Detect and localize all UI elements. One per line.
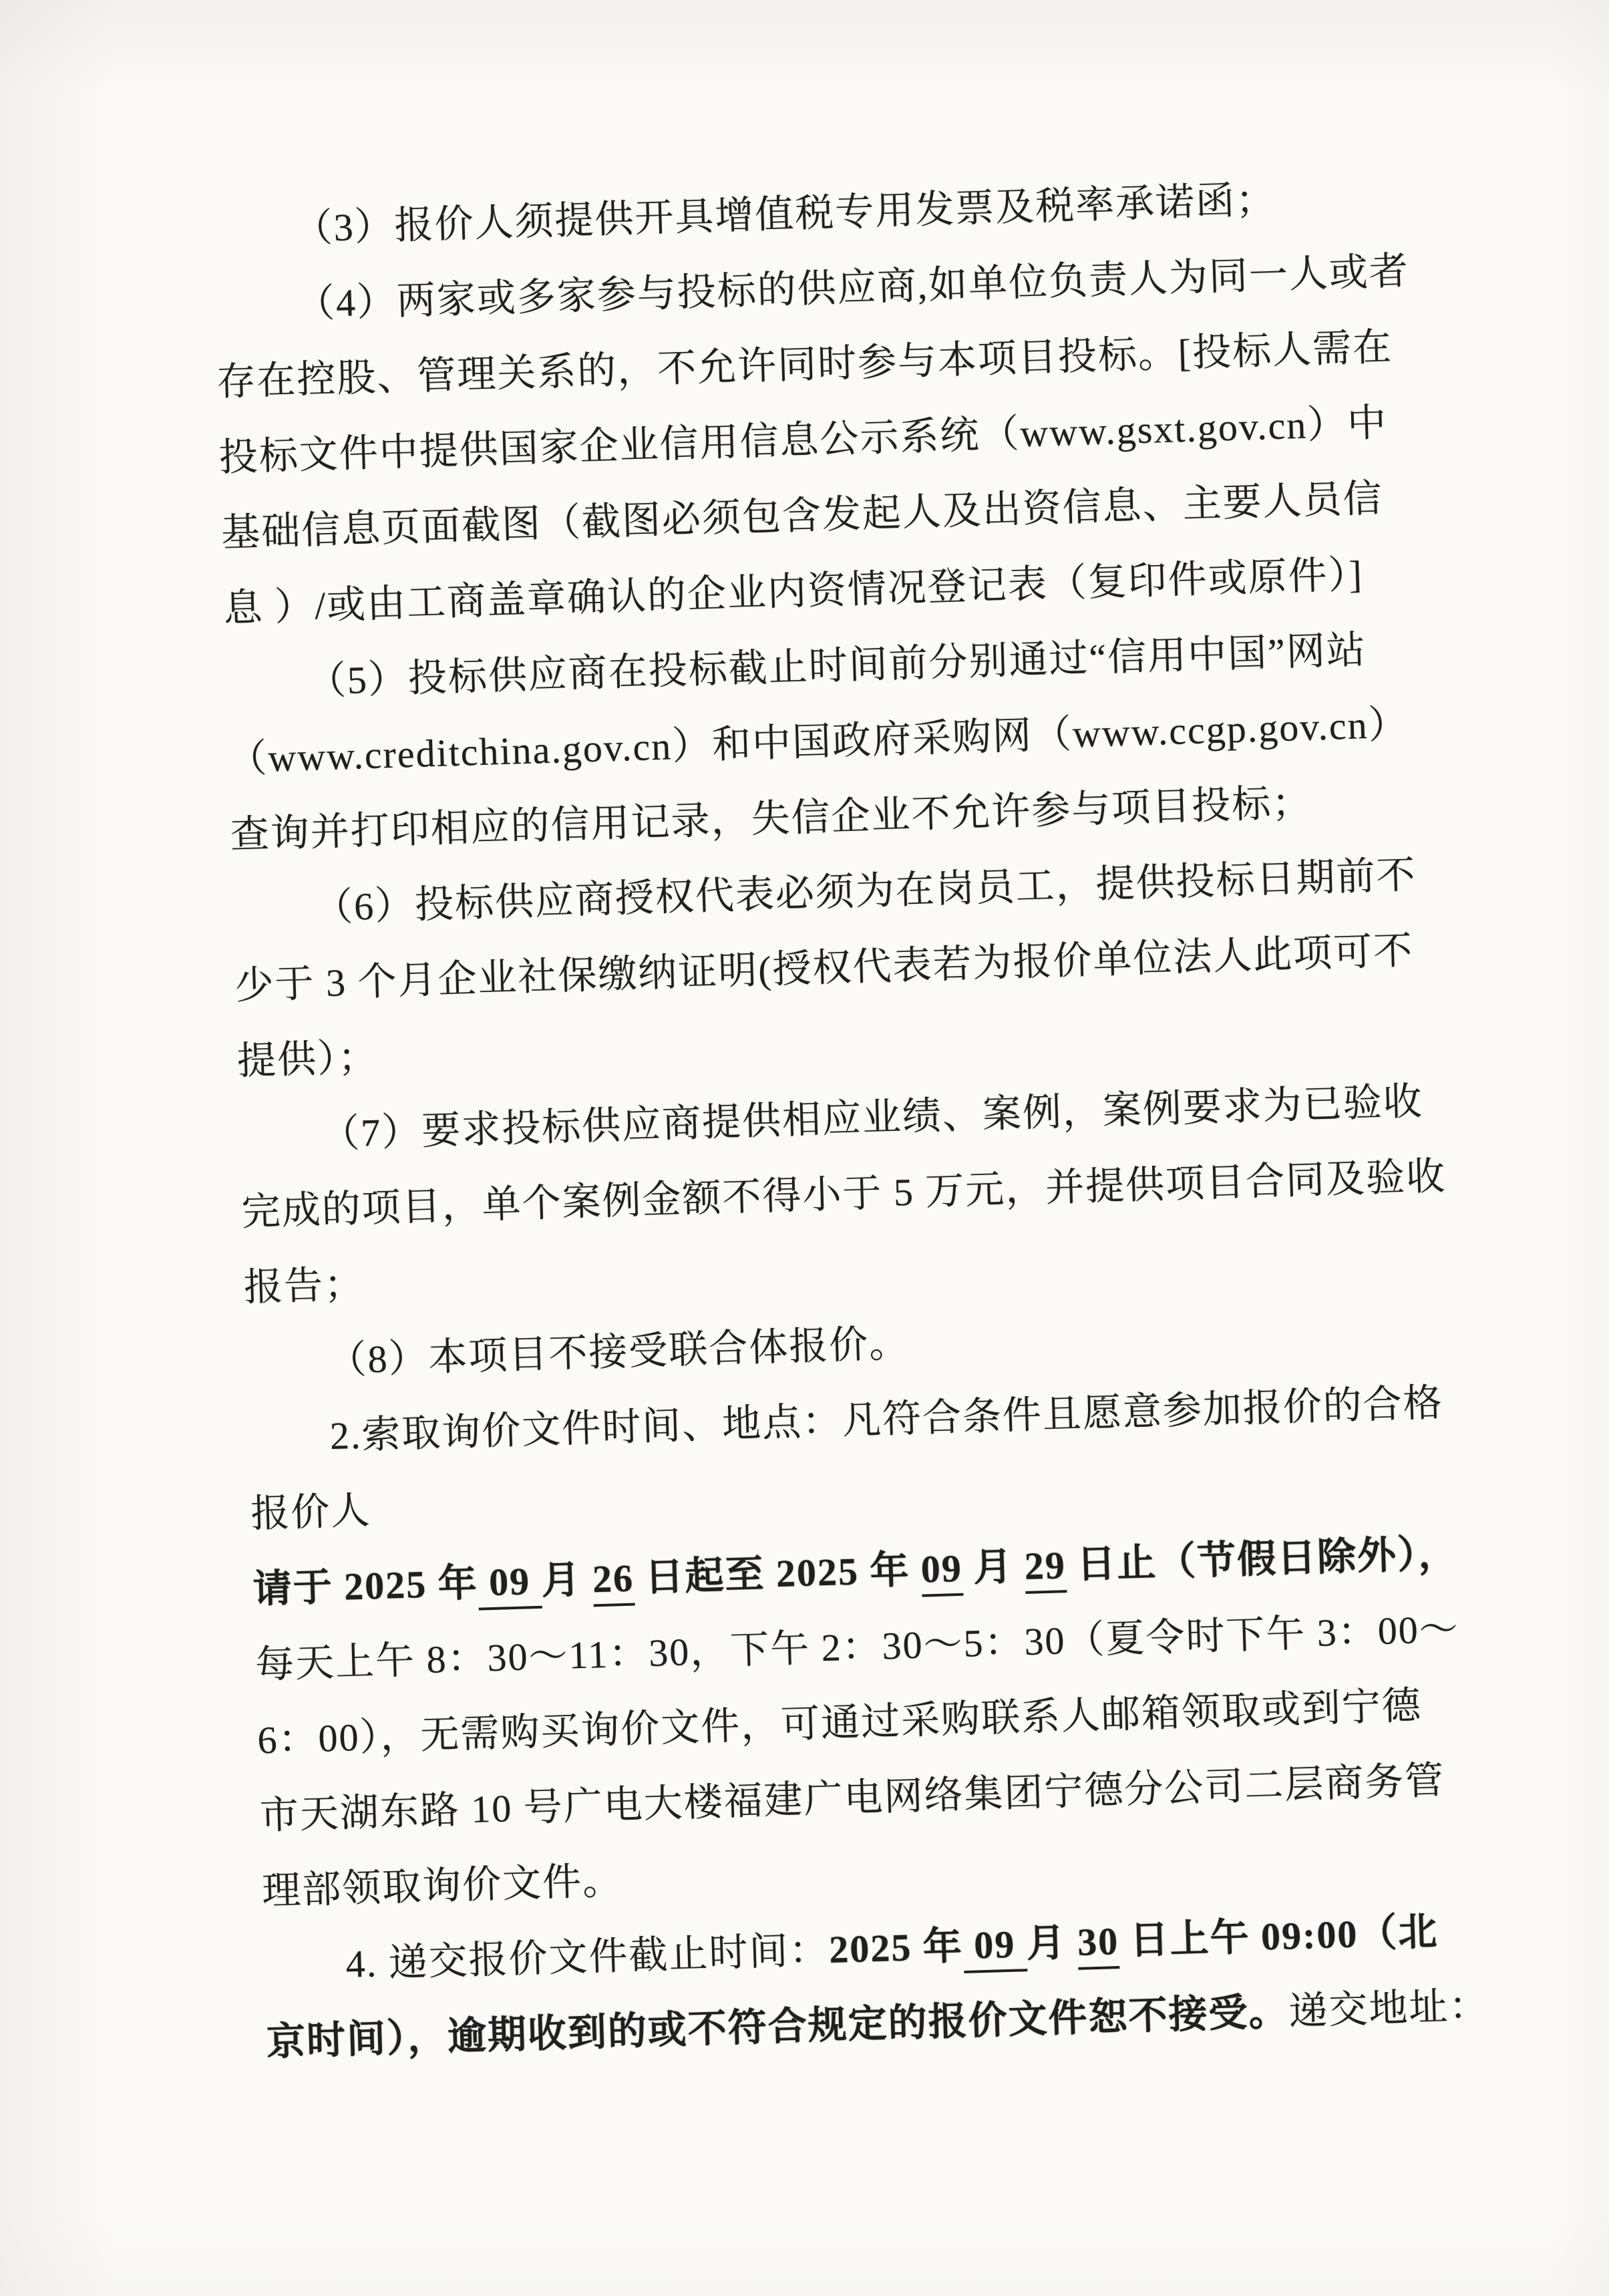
text-segment: 2025 年 xyxy=(828,1924,963,1971)
text-segment: 请于 2025 年 xyxy=(252,1561,479,1611)
underlined-text-segment: 09 xyxy=(962,1922,1027,1973)
text-segment: 京时间），逾期收到的或不符合规定的报价文件恕不接受。 xyxy=(266,1989,1289,2064)
text-segment: （8）本项目不接受联合体报价。 xyxy=(327,1321,910,1382)
document-page: （3）报价人须提供开具增值税专用发票及税率承诺函；（4）两家或多家参与投标的供应… xyxy=(0,0,1609,2296)
text-segment: 报价人 xyxy=(250,1488,371,1535)
text-segment: 递交地址： xyxy=(1288,1983,1489,2033)
text-segment: 日止（节假日除外）， xyxy=(1065,1532,1459,1587)
text-segment: 报告； xyxy=(243,1263,365,1309)
underlined-text-segment: 09 xyxy=(920,1546,963,1597)
text-segment: 提供）； xyxy=(236,1035,379,1083)
text-segment: 日起至 2025 年 xyxy=(633,1548,922,1600)
text-segment: 日上午 09:00（北 xyxy=(1118,1910,1439,1963)
document-text-block: （3）报价人须提供开具增值税专用发票及税率承诺函；（4）两家或多家参与投标的供应… xyxy=(211,158,1469,2080)
text-segment: 理部领取询价文件。 xyxy=(261,1858,623,1913)
text-segment: 月 xyxy=(962,1544,1025,1590)
underlined-text-segment: 26 xyxy=(592,1556,635,1607)
text-segment: 月 xyxy=(1026,1921,1078,1965)
text-segment: （3）报价人须提供开具增值税专用发票及税率承诺函； xyxy=(293,178,1276,251)
underlined-text-segment: 29 xyxy=(1024,1543,1067,1594)
underlined-text-segment: 30 xyxy=(1077,1919,1119,1970)
underlined-text-segment: 09 xyxy=(478,1559,542,1611)
text-segment: 4. 递交报价文件截止时间： xyxy=(345,1928,830,1986)
text-segment: 月 xyxy=(541,1557,593,1602)
